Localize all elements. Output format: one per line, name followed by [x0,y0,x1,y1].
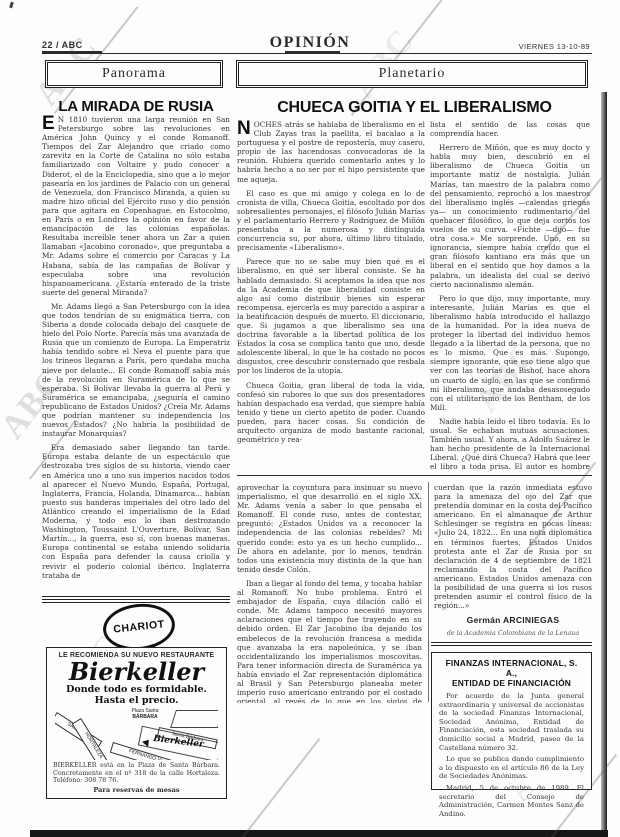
column-rule [428,482,429,702]
dropcap: E [42,116,55,132]
paragraph: Madrid, 5 de octubre de 1989. El secreta… [439,784,584,818]
ad-slogan: Donde todo es formidable. [53,684,220,695]
rusia-author-affiliation: de la Academia Colombiana de la Lengua [434,630,592,635]
paragraph: Pero lo que dijo, muy importante, muy in… [430,294,590,412]
bierkeller-ad: LE RECOMIENDA SU NUEVO RESTAURANTE Bierk… [46,647,227,799]
paragraph: cuerdan que la razón inmediata estuvo pa… [434,483,592,610]
paragraph: El caso es que mi amigo y colega en lo d… [237,189,425,253]
paragraph: aprovechar la coyuntura para insinuar su… [237,483,422,574]
plaza-label: Plaza Santa BÁRBARA [121,709,169,720]
scan-crease [242,738,320,837]
paragraph-text: OCHES atrás se hablaba de liberalismo en… [237,120,425,184]
rusia-column-3: cuerdan que la razón inmediata estuvo pa… [434,483,592,635]
bierkeller-logotype: Bierkeller [53,660,220,684]
paragraph: EN 1810 tuvieron una larga reunión en Sa… [42,115,230,297]
chueca-column-2: lista el sentido de las cosas que compre… [430,120,590,472]
scan-page-edge-right [601,92,607,837]
paragraph: Herrero de Miñón, que es muy docto y hab… [430,143,590,289]
divider-rule [42,596,230,603]
paragraph: NOCHES atrás se hablaba de liberalismo e… [237,120,425,184]
paragraph: lista el sentido de las cosas que compre… [430,120,590,138]
paragraph: Parece que no se sabe muy bien qué es el… [237,257,425,375]
rusia-headline: LA MIRADA DE RUSIA [42,98,230,115]
chariot-logo-text: CHARIOT [113,618,165,635]
header-rule-segment [42,51,102,54]
finanzas-notice: FINANZAS INTERNACIONAL, S. A., ENTIDAD D… [431,652,592,790]
header-rule-segment [285,51,340,54]
location-map: SAGASTA Plaza Santa BÁRBARA HORTALEZA FE… [55,708,218,760]
ad-slogan: Hasta el precio. [53,695,220,706]
rusia-column-2: aprovechar la coyuntura para insinuar su… [237,483,422,703]
paragraph: Por acuerdo de la Junta general extraord… [439,692,584,752]
scan-speck [9,2,14,9]
notice-body: Por acuerdo de la Junta general extraord… [439,692,584,818]
paragraph: Era demasiado saber llegando tan tarde. … [42,443,230,579]
rusia-column-1: EN 1810 tuvieron una larga reunión en Sa… [42,115,230,593]
paragraph: Chueca Goitia, gran liberal de toda la v… [237,381,425,445]
chariot-logo: CHARIOT [101,600,177,653]
map-block [170,710,218,728]
rusia-author: Germán ARCINIEGAS [434,615,592,625]
notice-title-line2: ENTIDAD DE FINANCIACIÓN [439,678,584,688]
paragraph: Iban a llegar al fondo del tema, y tocab… [237,579,422,703]
ad-footer: Para reservas de mesas [53,786,220,794]
paragraph-text: N 1810 tuvieron una larga reunión en San… [42,115,230,297]
notice-top-rule [431,642,592,646]
planetario-label: Planetario [379,66,446,81]
paragraph: Mr. Adams llegó a San Petersburgo con la… [42,302,230,438]
panorama-box: Panorama [45,60,223,88]
ad-address: BIERKELLER está en la Plaza de Santa Bár… [53,762,220,785]
paragraph: Nadie había leído el libro todavía. Es l… [430,417,590,472]
chueca-column-1: NOCHES atrás se hablaba de liberalismo e… [237,120,425,472]
scan-page-edge-bottom [30,830,608,837]
date: VIERNES 13-10-89 [519,42,590,51]
planetario-box: Planetario [236,60,588,88]
newspaper-page: ABC ABC ABC ABC ABC ABC 22 / ABC OPINIÓN… [0,0,620,837]
notice-title-line1: FINANZAS INTERNACIONAL, S. A., [439,658,584,678]
panorama-label: Panorama [102,66,166,81]
plaza-label-line2: BÁRBARA [132,714,157,720]
chueca-headline: CHUECA GOITIA Y EL LIBERALISMO [237,99,592,117]
paragraph: Lo que se publica dando cumplimiento a l… [439,755,584,781]
section-separator [237,475,592,476]
dropcap: N [237,121,251,137]
